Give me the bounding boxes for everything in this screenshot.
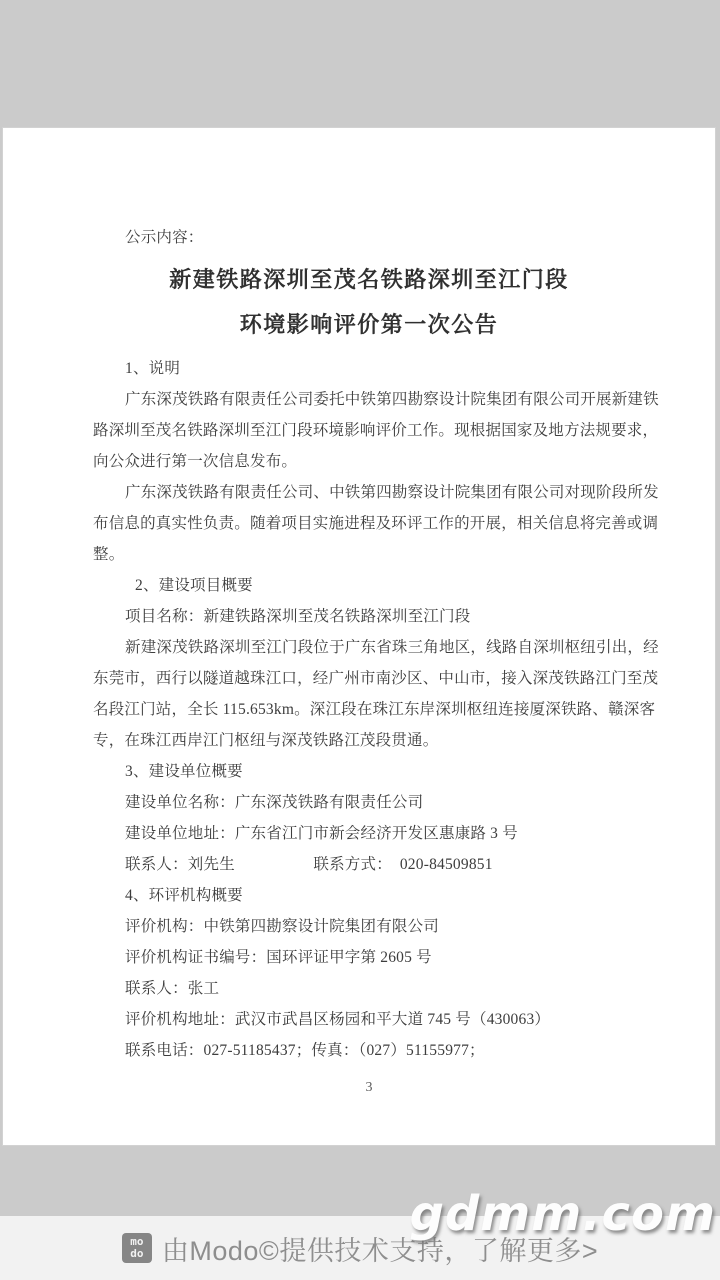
doc-line: 布信息的真实性负责。随着项目实施进程及环评工作的开展，相关信息将完善或调 (93, 508, 645, 539)
doc-line: 建设单位名称：广东深茂铁路有限责任公司 (93, 787, 645, 818)
doc-line: 名段江门站，全长 115.653km。深江段在珠江东岸深圳枢纽连接厦深铁路、赣深… (93, 694, 645, 725)
doc-line: 联系人：张工 (93, 973, 645, 1004)
intro-label: 公示内容： (93, 222, 645, 253)
doc-line: 1、说明 (93, 353, 645, 384)
doc-line: 专，在珠江西岸江门枢纽与深茂铁路江茂段贯通。 (93, 725, 645, 756)
doc-line: 向公众进行第一次信息发布。 (93, 446, 645, 477)
doc-line: 2、建设项目概要 (93, 570, 645, 601)
doc-line: 广东深茂铁路有限责任公司委托中铁第四勘察设计院集团有限公司开展新建铁 (93, 384, 645, 415)
doc-line: 新建深茂铁路深圳至江门段位于广东省珠三角地区，线路自深圳枢纽引出，经 (93, 632, 645, 663)
doc-title-line1: 新建铁路深圳至茂名铁路深圳至江门段 (93, 257, 645, 302)
doc-line: 评价机构地址：武汉市武昌区杨园和平大道 745 号（430063） (93, 1004, 645, 1035)
watermark: gdmm.com (410, 1188, 716, 1240)
doc-title-line2: 环境影响评价第一次公告 (93, 302, 645, 347)
doc-line: 联系人：刘先生 联系方式： 020-84509851 (93, 849, 645, 880)
document-page: 公示内容： 新建铁路深圳至茂名铁路深圳至江门段 环境影响评价第一次公告 1、说明… (2, 127, 716, 1146)
doc-line: 东莞市，西行以隧道越珠江口，经广州市南沙区、中山市，接入深茂铁路江门至茂 (93, 663, 645, 694)
doc-line: 4、环评机构概要 (93, 880, 645, 911)
doc-line: 联系电话：027-51185437；传真：（027）51155977； (93, 1035, 645, 1066)
doc-line: 广东深茂铁路有限责任公司、中铁第四勘察设计院集团有限公司对现阶段所发 (93, 477, 645, 508)
doc-line: 建设单位地址：广东省江门市新会经济开发区惠康路 3 号 (93, 818, 645, 849)
doc-line: 项目名称：新建铁路深圳至茂名铁路深圳至江门段 (93, 601, 645, 632)
doc-line: 3、建设单位概要 (93, 756, 645, 787)
doc-line: 评价机构证书编号：国环评证甲字第 2605 号 (93, 942, 645, 973)
doc-line: 评价机构：中铁第四勘察设计院集团有限公司 (93, 911, 645, 942)
document-content: 公示内容： 新建铁路深圳至茂名铁路深圳至江门段 环境影响评价第一次公告 1、说明… (3, 128, 715, 1103)
doc-line: 路深圳至茂名铁路深圳至江门段环境影响评价工作。现根据国家及地方法规要求， (93, 415, 645, 446)
doc-line: 整。 (93, 539, 645, 570)
modo-logo-text-bottom: do (130, 1248, 143, 1260)
page-number: 3 (93, 1072, 645, 1103)
modo-logo-icon: mo do (122, 1233, 152, 1263)
